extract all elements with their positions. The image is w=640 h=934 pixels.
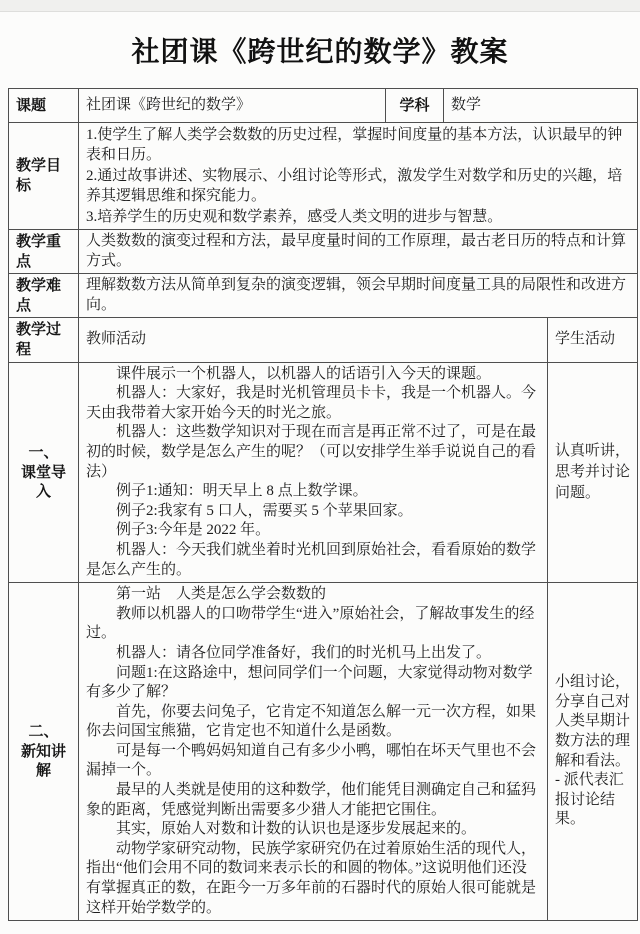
paragraph: 3.培养学生的历史观和数学素养，感受人类文明的进步与智慧。 (86, 207, 630, 227)
paragraph: 课件展示一个机器人，以机器人的话语引入今天的课题。 (86, 365, 540, 385)
topic-row: 课题 社团课《跨世纪的数学》 学科 数学 (9, 89, 638, 123)
process-label: 教学过程 (9, 318, 79, 362)
page-title: 社团课《跨世纪的数学》教案 (0, 30, 640, 70)
section-new-knowledge-label: 二、 新知讲解 (9, 583, 79, 921)
paragraph: 问题1:在这路途中，想问同学们一个问题，大家觉得动物对数学有多少了解？ (86, 664, 540, 703)
paragraph: 机器人：这些数学知识对于现在而言是再正常不过了，可是在最初的时候，数学是怎么产生… (86, 423, 540, 482)
difficulties-content: 理解数数方法从简单到复杂的演变逻辑，领会早期时间度量工具的局限性和改进方向。 (79, 274, 638, 318)
paragraph: 首先，你要去问兔子，它肯定不知道怎么解一元一次方程，如果你去问国宝熊猫，它肯定也… (86, 703, 540, 742)
section-new-knowledge-teacher-activities: 第一站 人类是怎么学会数数的教师以机器人的口吻带学生“进入”原始社会，了解故事发… (79, 583, 548, 921)
paragraph: 其实，原始人对数和计数的认识也是逐步发展起来的。 (86, 820, 540, 840)
paragraph: 例子2:我家有 5 口人，需要买 5 个苹果回家。 (86, 502, 540, 522)
section-new-knowledge-student-activities: 小组讨论，分享自己对人类早期计数方法的理解和看法。- 派代表汇报讨论结果。 (548, 583, 638, 921)
subject-value: 数学 (444, 89, 638, 123)
topic-label: 课题 (9, 89, 79, 123)
paragraph: 第一站 人类是怎么学会数数的 (86, 585, 540, 605)
key-points-row: 教学重点 人类数数的演变过程和方法，最早度量时间的工作原理，最古老日历的特点和计… (9, 230, 638, 274)
process-header-row: 教学过程 教师活动 学生活动 (9, 318, 638, 362)
section-intro-student-activities: 认真听讲，思考并讨论问题。 (548, 362, 638, 583)
paragraph: 可是每一个鸭妈妈知道自己有多少小鸭，哪怕在坏天气里也不会漏掉一个。 (86, 742, 540, 781)
objectives-label: 教学目标 (9, 123, 79, 230)
paragraph: - 派代表汇报讨论结果。 (555, 771, 630, 830)
scan-top-strip (0, 0, 640, 12)
paragraph: 认真听讲，思考并讨论问题。 (555, 441, 630, 504)
student-activity-header: 学生活动 (548, 318, 638, 362)
section-intro-row: 一、 课堂导入 课件展示一个机器人，以机器人的话语引入今天的课题。机器人：大家好… (9, 362, 638, 583)
paragraph: 1.使学生了解人类学会数数的历史过程，掌握时间度量的基本方法，认识最早的钟表和日… (86, 125, 630, 166)
subject-label: 学科 (386, 89, 444, 123)
lesson-plan-table: 课题 社团课《跨世纪的数学》 学科 数学 教学目标 1.使学生了解人类学会数数的… (8, 88, 638, 921)
difficulties-label: 教学难点 (9, 274, 79, 318)
paragraph: 小组讨论，分享自己对人类早期计数方法的理解和看法。 (555, 673, 630, 771)
teacher-activity-header: 教师活动 (79, 318, 548, 362)
lesson-plan-document: 社团课《跨世纪的数学》教案 课题 社团课《跨世纪的数学》 学科 数学 教学目标 … (0, 0, 640, 934)
objectives-row: 教学目标 1.使学生了解人类学会数数的历史过程，掌握时间度量的基本方法，认识最早… (9, 123, 638, 230)
topic-value: 社团课《跨世纪的数学》 (79, 89, 386, 123)
section-new-knowledge-row: 二、 新知讲解 第一站 人类是怎么学会数数的教师以机器人的口吻带学生“进入”原始… (9, 583, 638, 921)
paragraph: 最早的人类就是使用的这种数学，他们能凭目测确定自己和猛犸象的距离，凭感觉判断出需… (86, 781, 540, 820)
paragraph: 例子3:今年是 2022 年。 (86, 521, 540, 541)
paragraph: 2.通过故事讲述、实物展示、小组讨论等形式，激发学生对数学和历史的兴趣，培养其逻… (86, 166, 630, 207)
paragraph: 动物学家研究动物，民族学家研究仍在过着原始生活的现代人，指出“他们会用不同的数词… (86, 840, 540, 918)
paragraph: 机器人：请各位同学准备好，我们的时光机马上出发了。 (86, 644, 540, 664)
section-intro-teacher-activities: 课件展示一个机器人，以机器人的话语引入今天的课题。机器人：大家好，我是时光机管理… (79, 362, 548, 583)
key-points-content: 人类数数的演变过程和方法，最早度量时间的工作原理，最古老日历的特点和计算方式。 (79, 230, 638, 274)
objectives-content: 1.使学生了解人类学会数数的历史过程，掌握时间度量的基本方法，认识最早的钟表和日… (79, 123, 638, 230)
key-points-label: 教学重点 (9, 230, 79, 274)
paragraph: 机器人：大家好，我是时光机管理员卡卡，我是一个机器人。今天由我带着大家开始今天的… (86, 384, 540, 423)
paragraph: 教师以机器人的口吻带学生“进入”原始社会，了解故事发生的经过。 (86, 605, 540, 644)
paragraph: 机器人：今天我们就坐着时光机回到原始社会，看看原始的数学是怎么产生的。 (86, 541, 540, 580)
paragraph: 例子1:通知：明天早上 8 点上数学课。 (86, 482, 540, 502)
difficulties-row: 教学难点 理解数数方法从简单到复杂的演变逻辑，领会早期时间度量工具的局限性和改进… (9, 274, 638, 318)
section-intro-label: 一、 课堂导入 (9, 362, 79, 583)
